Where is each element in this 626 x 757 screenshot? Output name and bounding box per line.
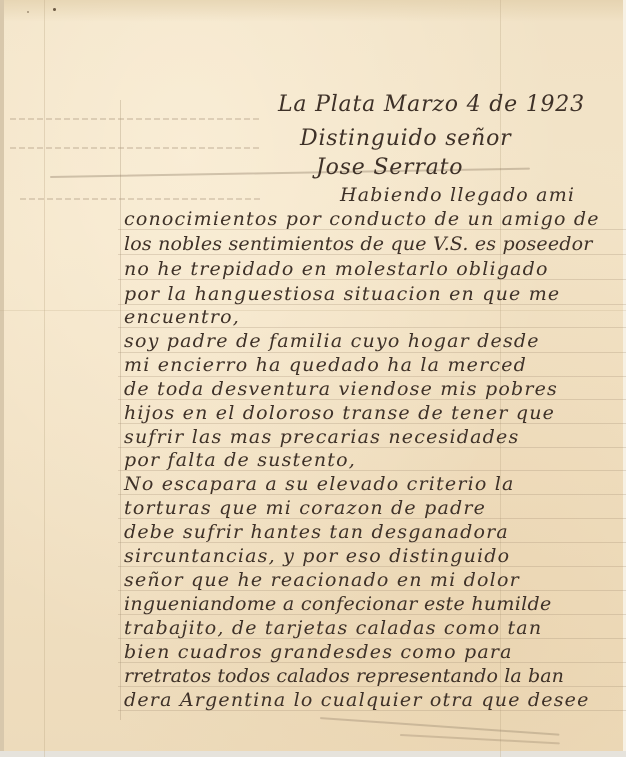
body-line: de toda desventura viendose mis pobres <box>124 380 558 399</box>
body-line: mi encierro ha quedado ha la merced <box>124 356 527 375</box>
ruled-line <box>118 376 626 377</box>
bleed-through-text <box>10 147 260 149</box>
body-line: rretratos todos calados representando la… <box>124 667 564 686</box>
paper-left-edge <box>0 0 4 757</box>
body-line: trabajito, de tarjetas caladas como tan <box>124 619 542 638</box>
body-line: bien cuadros grandesdes como para <box>124 643 513 662</box>
paper-bottom-edge <box>0 751 626 757</box>
body-line: conocimientos por conducto de un amigo d… <box>124 210 600 229</box>
body-line: los nobles sentimientos de que V.S. es p… <box>124 235 593 254</box>
bleed-through-text <box>20 198 260 200</box>
body-line: señor que he reacionado en mi dolor <box>124 571 520 590</box>
body-line: dera Argentina lo cualquier otra que des… <box>124 691 590 710</box>
fold-crease-horizontal <box>0 310 626 311</box>
fold-crease-vertical <box>44 0 45 757</box>
bleed-through-text <box>10 118 260 120</box>
body-line: sircuntancias, y por eso distinguido <box>124 547 510 566</box>
body-line: soy padre de familia cuyo hogar desde <box>124 332 540 351</box>
body-line: debe sufrir hantes tan desganadora <box>124 523 509 542</box>
body-line: por la hanguestiosa situacion en que me <box>124 285 560 304</box>
ink-speck <box>53 8 56 11</box>
letter-place-date: La Plata Marzo 4 de 1923 <box>278 94 585 116</box>
paper-top-stain <box>0 0 626 22</box>
body-line: ingueniandome a confecionar este humilde <box>124 595 552 614</box>
body-line: no he trepidado en molestarlo obligado <box>124 260 549 279</box>
letter-salutation: Distinguido señor <box>300 128 511 150</box>
ruled-line <box>118 352 626 353</box>
margin-line <box>120 100 121 720</box>
body-line: encuentro, <box>124 308 240 327</box>
body-line: Habiendo llegado ami <box>340 186 575 205</box>
ink-speck <box>27 11 29 13</box>
body-line: sufrir las mas precarias necesidades <box>124 428 519 447</box>
body-line: por falta de sustento, <box>124 451 356 470</box>
body-line: hijos en el doloroso transe de tener que <box>124 404 555 423</box>
letter-addressee: Jose Serrato <box>316 157 463 179</box>
body-line: No escapara a su elevado criterio la <box>124 475 515 494</box>
body-line: torturas que mi corazon de padre <box>124 499 486 518</box>
